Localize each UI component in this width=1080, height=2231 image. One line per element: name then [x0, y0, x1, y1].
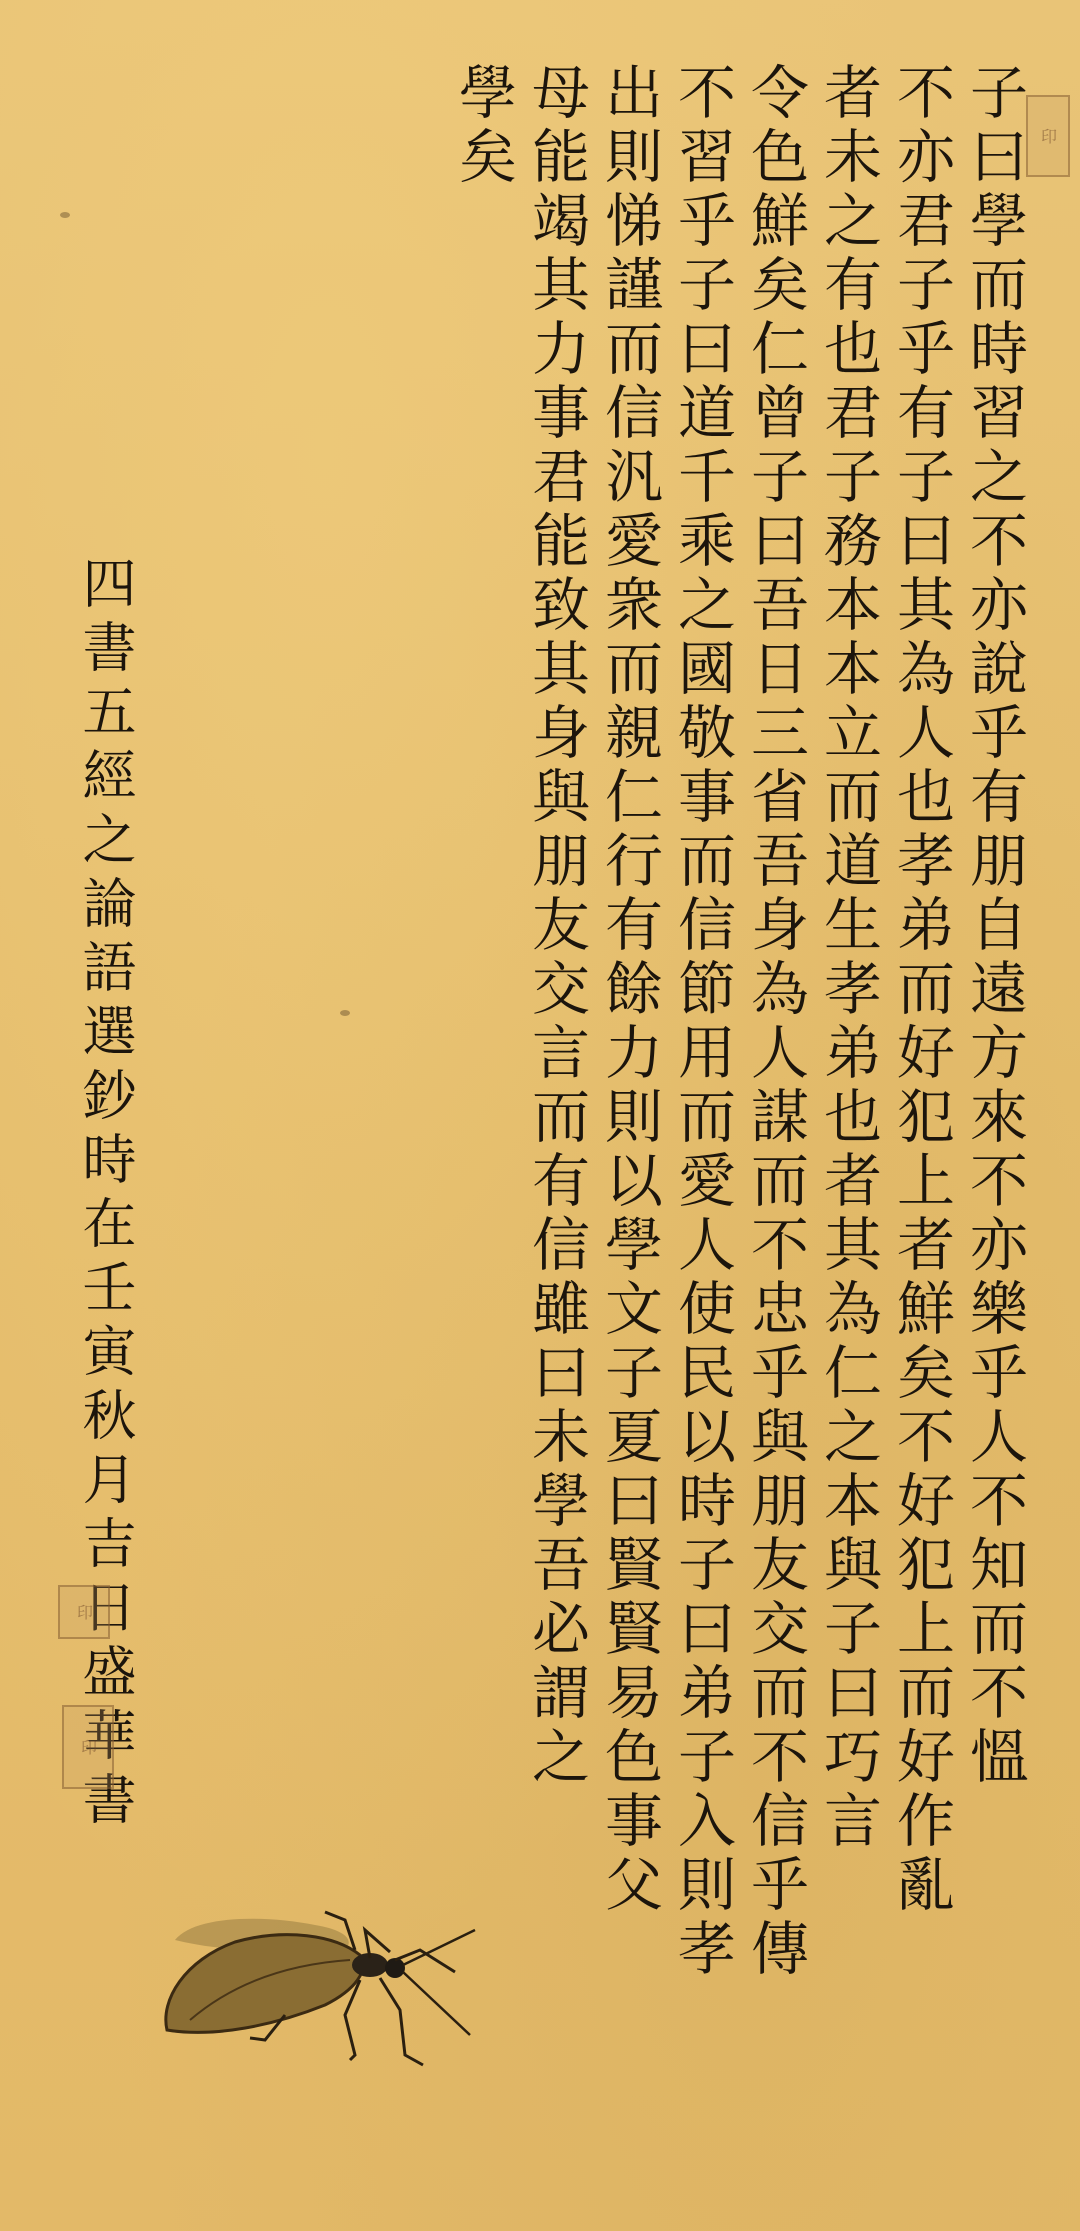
seal-stamp-top-right: 印 [1026, 95, 1070, 177]
text-column-4: 令色鮮矣仁曾子曰吾日三省吾身為人謀而不忠乎與朋友交而不信乎傳 [738, 62, 811, 2142]
text-column-5: 不習乎子曰道千乘之國敬事而信節用而愛人使民以時子曰弟子入則孝 [665, 62, 738, 2142]
ink-speck [60, 212, 70, 218]
text-column-3: 者未之有也君子務本本立而道生孝弟也者其為仁之本與子曰巧言 [811, 62, 884, 2142]
signature-inscription: 四書五經之論語選鈔時在壬寅秋月吉日盛華書 [70, 555, 140, 1835]
insect-icon [155, 1880, 485, 2080]
calligraphy-paper: 印 子曰學而時習之不亦說乎有朋自遠方來不亦樂乎人不知而不慍 不亦君子乎有子曰其為… [0, 0, 1080, 2231]
main-text-block: 子曰學而時習之不亦說乎有朋自遠方來不亦樂乎人不知而不慍 不亦君子乎有子曰其為人也… [446, 62, 1030, 2142]
text-column-8: 學矣 [446, 62, 519, 2142]
seal-stamp-left-upper: 印 [58, 1585, 110, 1639]
text-column-2: 不亦君子乎有子曰其為人也孝弟而好犯上者鮮矣不好犯上而好作亂 [884, 62, 957, 2142]
text-column-7: 母能竭其力事君能致其身與朋友交言而有信雖曰未學吾必謂之 [519, 62, 592, 2142]
text-column-6: 出則悌謹而信汎愛衆而親仁行有餘力則以學文子夏曰賢賢易色事父 [592, 62, 665, 2142]
ink-speck [340, 1010, 350, 1016]
seal-stamp-left-lower: 印 [62, 1705, 114, 1789]
text-column-1: 子曰學而時習之不亦說乎有朋自遠方來不亦樂乎人不知而不慍 [957, 62, 1030, 2142]
